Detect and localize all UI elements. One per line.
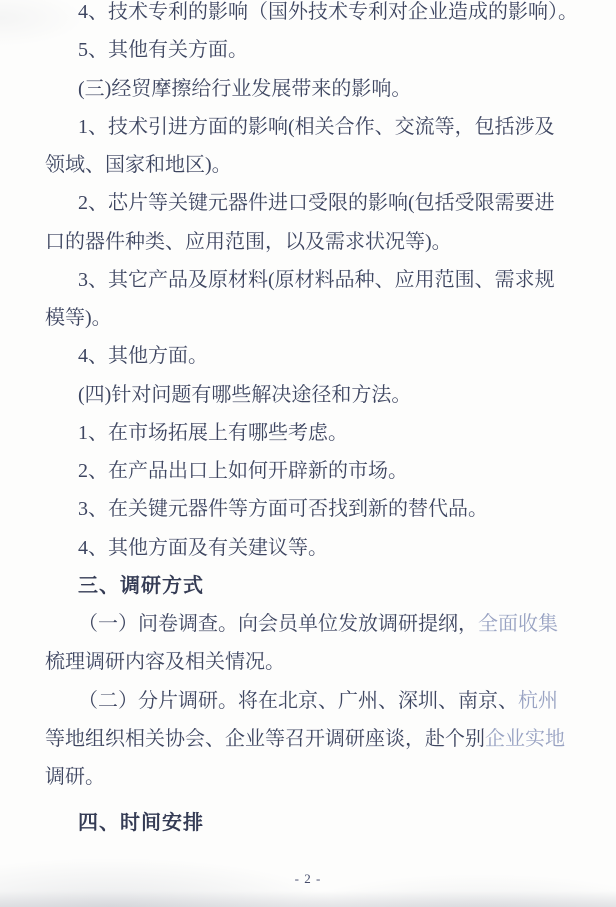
line-text: 等地组织相关协会、企业等召开调研座谈，赴个别 — [45, 728, 485, 750]
text-line: 模等)。 — [45, 299, 585, 337]
text-line: （二）分片调研。将在北京、广州、深圳、南京、杭州 — [45, 682, 585, 720]
line-text: 梳理调研内容及相关情况。 — [45, 651, 285, 673]
document-body: 4、技术专利的影响（国外技术专利对企业造成的影响）。 5、其他有关方面。 (三)… — [45, 0, 585, 843]
text-line: 1、在市场拓展上有哪些考虑。 — [45, 414, 585, 452]
text-line: 2、芯片等关键元器件进口受限的影响(包括受限需要进 — [45, 184, 585, 222]
line-text: 1、在市场拓展上有哪些考虑。 — [78, 422, 348, 444]
line-text: 1、技术引进方面的影响(相关合作、交流等，包括涉及 — [78, 116, 555, 138]
text-line: 2、在产品出口上如何开辟新的市场。 — [45, 452, 585, 490]
section-heading-survey-method: 三、调研方式 — [45, 567, 585, 605]
line-text: 4、其他方面及有关建议等。 — [78, 537, 328, 559]
text-line: 4、技术专利的影响（国外技术专利对企业造成的影响）。 — [45, 0, 585, 31]
faded-line-text: 企业实地 — [485, 728, 565, 750]
text-line: 4、其他方面及有关建议等。 — [45, 529, 585, 567]
line-text: 领域、国家和地区)。 — [45, 154, 232, 176]
line-text: (三)经贸摩擦给行业发展带来的影响。 — [78, 78, 411, 100]
section-heading-time-schedule: 四、时间安排 — [45, 804, 585, 842]
text-line: 口的器件种类、应用范围，以及需求状况等)。 — [45, 223, 585, 261]
line-text: 3、在关键元器件等方面可否找到新的替代品。 — [78, 498, 488, 520]
line-text: 2、在产品出口上如何开辟新的市场。 — [78, 460, 408, 482]
line-text: 4、其他方面。 — [78, 345, 208, 367]
text-line: 3、其它产品及原材料(原材料品种、应用范围、需求规 — [45, 261, 585, 299]
line-text: 调研。 — [45, 766, 105, 788]
section-heading-solutions: (四)针对问题有哪些解决途径和方法。 — [45, 376, 585, 414]
text-line: 梳理调研内容及相关情况。 — [45, 643, 585, 681]
text-line: 4、其他方面。 — [45, 337, 585, 375]
faded-line-text: 全面收集 — [478, 613, 558, 635]
line-text: 四、时间安排 — [78, 812, 204, 834]
text-line: 等地组织相关协会、企业等召开调研座谈，赴个别企业实地 — [45, 720, 585, 758]
document-page: 4、技术专利的影响（国外技术专利对企业造成的影响）。 5、其他有关方面。 (三)… — [0, 0, 616, 907]
page-number: - 2 - — [0, 871, 616, 887]
line-text: 三、调研方式 — [78, 575, 204, 597]
text-line: 3、在关键元器件等方面可否找到新的替代品。 — [45, 490, 585, 528]
text-line: 5、其他有关方面。 — [45, 31, 585, 69]
line-text: 口的器件种类、应用范围，以及需求状况等)。 — [45, 231, 452, 253]
line-text: 模等)。 — [45, 307, 112, 329]
line-text: (四)针对问题有哪些解决途径和方法。 — [78, 384, 411, 406]
section-heading-impact: (三)经贸摩擦给行业发展带来的影响。 — [45, 70, 585, 108]
text-line: 调研。 — [45, 758, 585, 796]
line-text: （一）问卷调查。向会员单位发放调研提纲， — [78, 613, 478, 635]
line-text: 4、技术专利的影响（国外技术专利对企业造成的影响）。 — [78, 1, 578, 23]
line-text: 2、芯片等关键元器件进口受限的影响(包括受限需要进 — [78, 192, 555, 214]
line-text: 5、其他有关方面。 — [78, 39, 248, 61]
line-text: 3、其它产品及原材料(原材料品种、应用范围、需求规 — [78, 269, 555, 291]
line-text: （二）分片调研。将在北京、广州、深圳、南京、 — [78, 690, 518, 712]
text-line: 1、技术引进方面的影响(相关合作、交流等，包括涉及 — [45, 108, 585, 146]
text-line: （一）问卷调查。向会员单位发放调研提纲，全面收集 — [45, 605, 585, 643]
text-line: 领域、国家和地区)。 — [45, 146, 585, 184]
faded-line-text: 杭州 — [518, 690, 558, 712]
